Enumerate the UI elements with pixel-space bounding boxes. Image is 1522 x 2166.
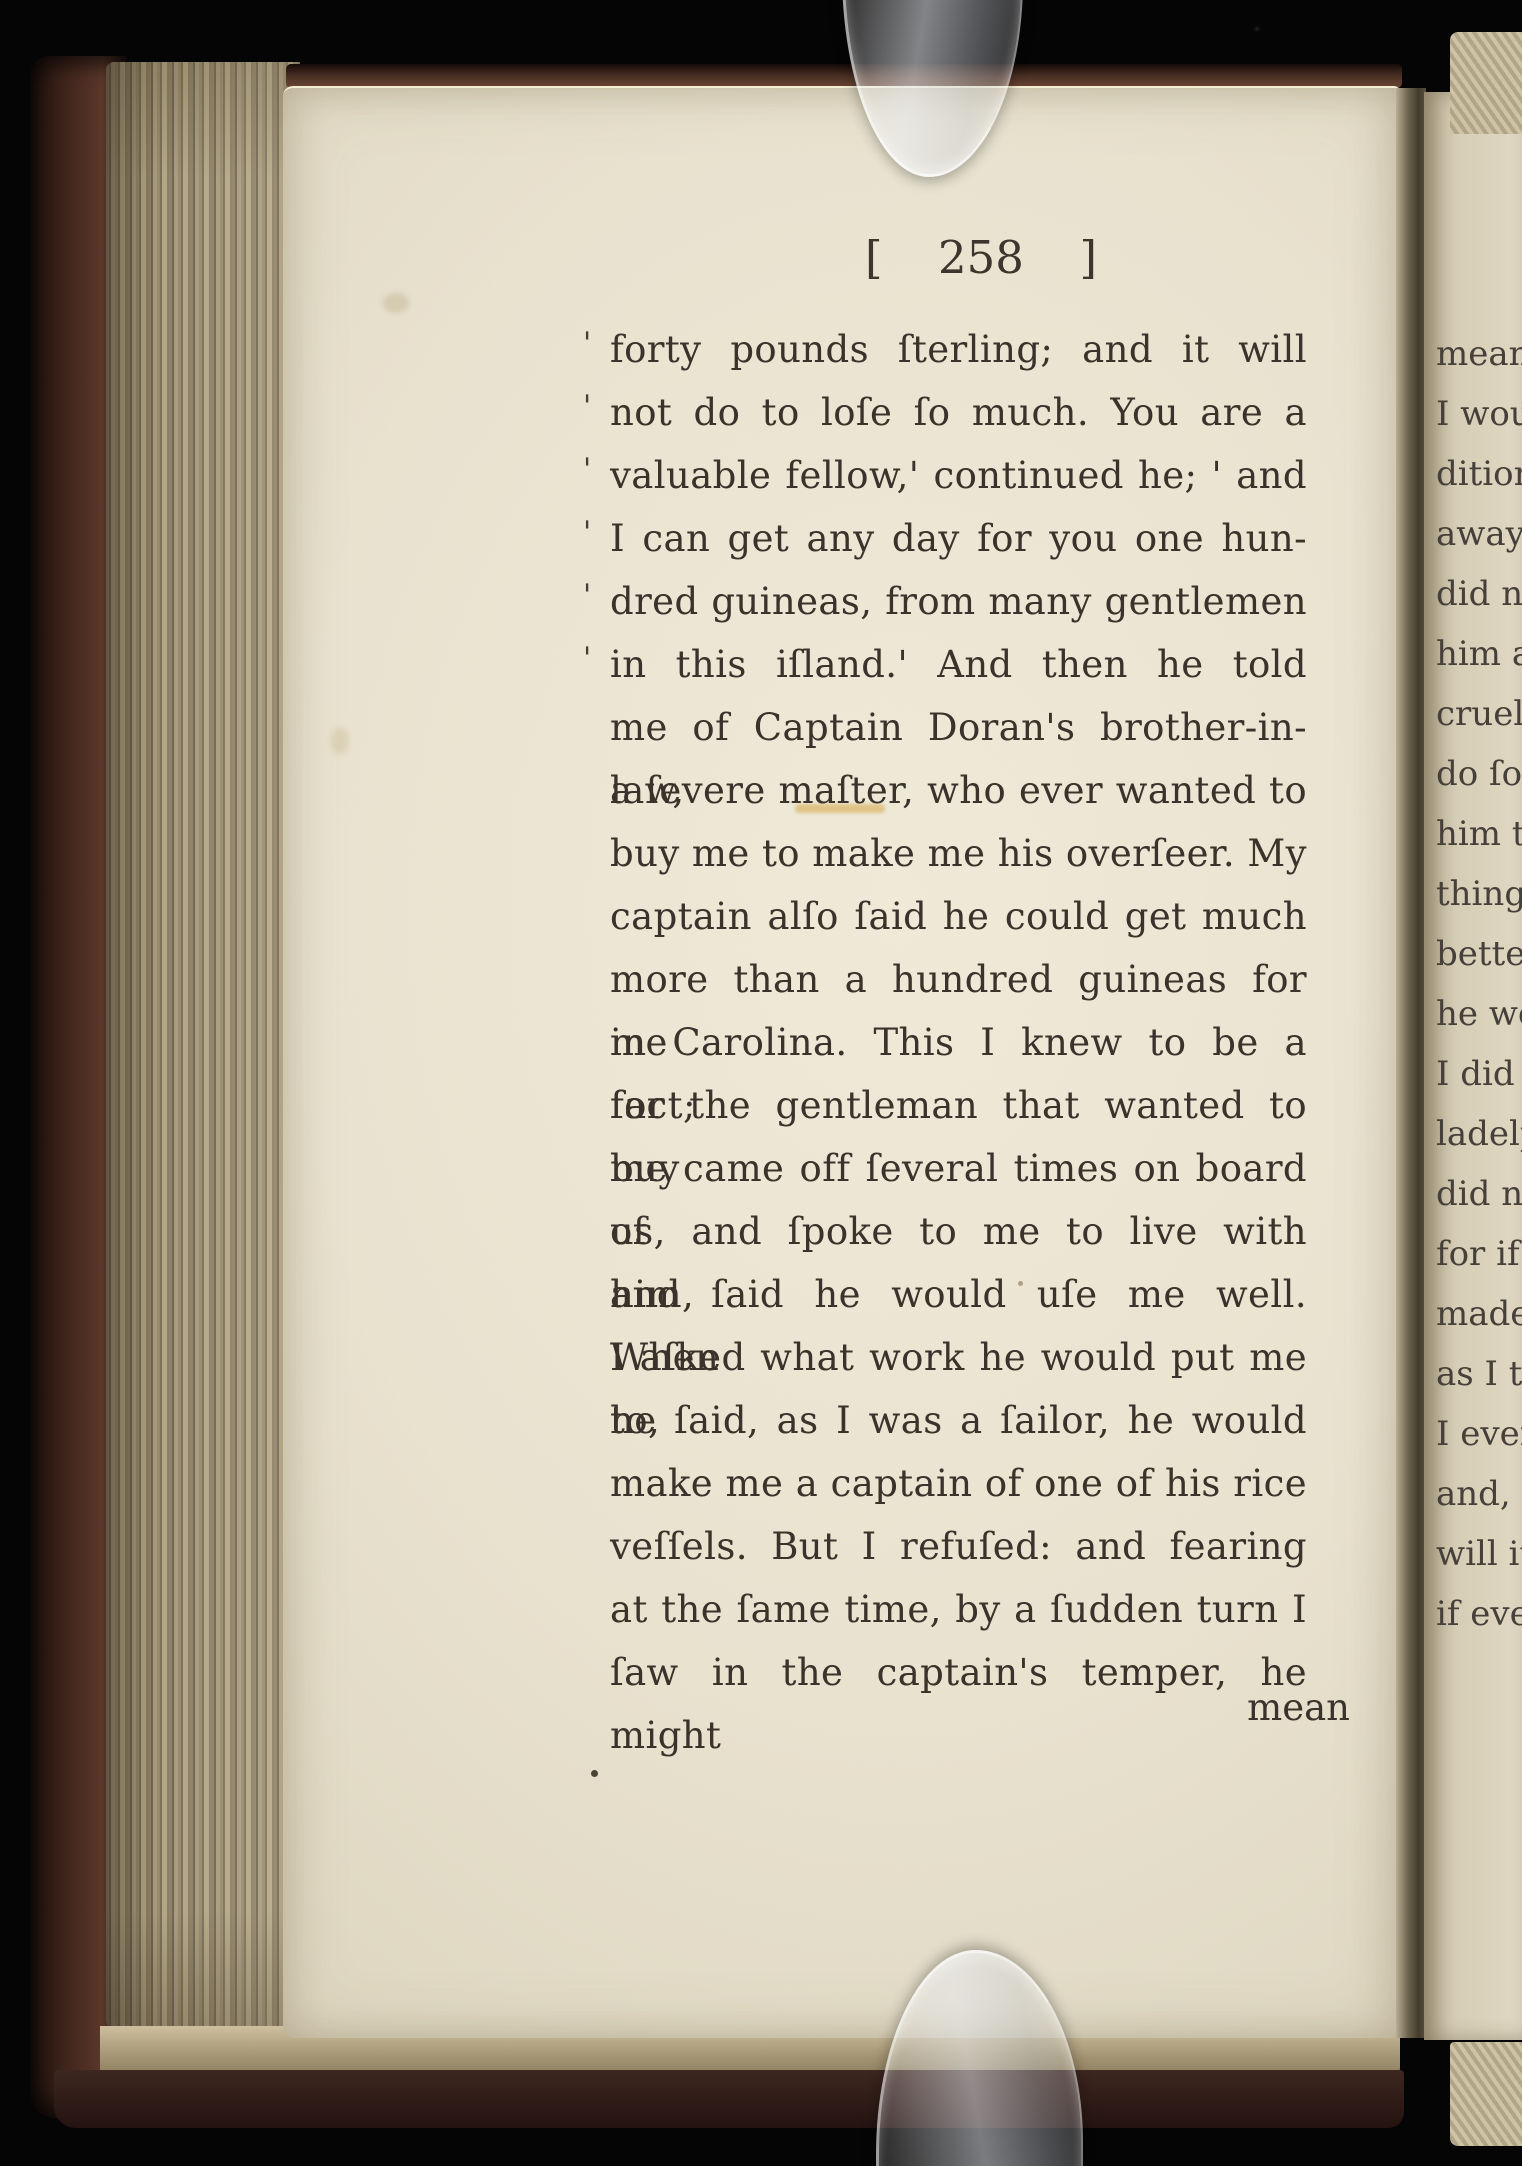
text-line: us, and ſpoke to me to live with him, — [610, 1200, 1307, 1263]
quotation-mark: ' — [583, 627, 592, 690]
line-text: make me a captain of one of his rice — [610, 1462, 1307, 1505]
line-text: a ſevere maſter, who ever wanted to — [610, 769, 1307, 812]
facing-page-line: and, o — [1436, 1464, 1522, 1524]
page-fore-edge-stack — [106, 62, 300, 2028]
text-line: a ſevere maſter, who ever wanted to — [610, 759, 1307, 822]
line-text: veſſels. But I refuſed: and fearing — [610, 1525, 1307, 1568]
line-text: dred guineas, from many gentlemen — [610, 580, 1307, 623]
facing-page-line: will it — [1436, 1524, 1522, 1584]
text-line: ' in this iſland.' And then he told — [610, 633, 1307, 696]
paper-speck — [591, 1770, 598, 1777]
quotation-mark: ' — [583, 564, 592, 627]
paper-stain — [383, 293, 409, 313]
text-line: for the gentleman that wanted to buy — [610, 1074, 1307, 1137]
page-number-header: [ 258 ] — [865, 226, 1097, 288]
gutter-shadow — [1396, 88, 1426, 2038]
line-text: not do to loſe ſo much. You are a — [610, 391, 1307, 434]
line-text: buy me to make me his overſeer. My — [610, 832, 1307, 875]
text-line: ' not do to loſe ſo much. You are a — [610, 381, 1307, 444]
facing-page-line: he went — [1436, 984, 1522, 1044]
book-page: [ 258 ] ' forty pounds ſterling; and it … — [283, 86, 1400, 2038]
facing-page-line: thing o — [1436, 864, 1522, 924]
dust-specks — [0, 0, 2, 2]
binding-cloth-top-right — [1450, 32, 1522, 134]
text-line: he ſaid, as I was a ſailor, he would — [610, 1389, 1307, 1452]
text-line: I aſked what work he would put me to, — [610, 1326, 1307, 1389]
quotation-mark: ' — [583, 375, 592, 438]
line-text: in this iſland.' And then he told — [610, 643, 1307, 686]
facing-page-line: I would — [1436, 384, 1522, 444]
header-open-bracket: [ — [865, 231, 883, 284]
facing-page-line: mean t — [1436, 324, 1522, 384]
facing-page-line: him to — [1436, 804, 1522, 864]
text-line: in Carolina. This I knew to be a fact; — [610, 1011, 1307, 1074]
text-line: at the ſame time, by a ſudden turn I — [610, 1578, 1307, 1641]
text-line: ' dred guineas, from many gentlemen — [610, 570, 1307, 633]
text-line: me of Captain Doran's brother-in-law, — [610, 696, 1307, 759]
line-text: at the ſame time, by a ſudden turn I — [610, 1588, 1307, 1631]
facing-page-line: do ſo. — [1436, 744, 1522, 804]
header-close-bracket: ] — [1079, 231, 1097, 284]
facing-page-line: him aga — [1436, 624, 1522, 684]
facing-page-line: as I tho — [1436, 1344, 1522, 1404]
facing-page-line: away w — [1436, 504, 1522, 564]
quotation-mark: ' — [583, 438, 592, 501]
quotation-mark: ' — [583, 501, 592, 564]
text-line: more than a hundred guineas for me — [610, 948, 1307, 1011]
facing-page-text-fragments: mean t I would dition, a away w did not … — [1436, 324, 1522, 1644]
quotation-mark: ' — [583, 312, 592, 375]
text-line: me came off ſeveral times on board of — [610, 1137, 1307, 1200]
binding-cloth-bottom-right — [1450, 2042, 1522, 2146]
line-text: forty pounds ſterling; and it will — [610, 328, 1307, 371]
text-line: ' I can get any day for you one hun- — [610, 507, 1307, 570]
text-line: make me a captain of one of his rice — [610, 1452, 1307, 1515]
facing-page-line: did not — [1436, 564, 1522, 624]
facing-page-line: ladelphi — [1436, 1104, 1522, 1164]
paper-stain — [331, 728, 349, 754]
top-board-edge — [286, 64, 1402, 88]
line-text: captain alſo ſaid he could get much — [610, 895, 1307, 938]
bottom-leather-cover — [54, 2070, 1404, 2128]
facing-page-line: for if th — [1436, 1224, 1522, 1284]
facing-page-line: dition, a — [1436, 444, 1522, 504]
text-line: veſſels. But I refuſed: and fearing — [610, 1515, 1307, 1578]
facing-page-line: if ever — [1436, 1584, 1522, 1644]
text-line: ' forty pounds ſterling; and it will — [610, 318, 1307, 381]
line-text: valuable fellow,' continued he; ' and — [610, 454, 1307, 497]
catchword: mean — [610, 1686, 1350, 1729]
text-line: captain alſo ſaid he could get much — [610, 885, 1307, 948]
facing-page-line: cruelly — [1436, 684, 1522, 744]
line-text: I can get any day for you one hun- — [610, 517, 1307, 560]
facing-page-line: made ſo — [1436, 1284, 1522, 1344]
text-line: buy me to make me his overſeer. My — [610, 822, 1307, 885]
book-photograph: [ 258 ] ' forty pounds ſterling; and it … — [0, 0, 1522, 2166]
body-text-block: ' forty pounds ſterling; and it will ' n… — [610, 318, 1307, 1704]
text-line: ' valuable fellow,' continued he; ' and — [610, 444, 1307, 507]
facing-page-line: did not — [1436, 1164, 1522, 1224]
facing-page-line: I ever — [1436, 1404, 1522, 1464]
facing-page-edge: mean t I would dition, a away w did not … — [1424, 92, 1522, 2040]
line-text: he ſaid, as I was a ſailor, he would — [610, 1399, 1307, 1442]
facing-page-line: I did no — [1436, 1044, 1522, 1104]
facing-page-line: better — [1436, 924, 1522, 984]
text-line: and ſaid he would uſe me well. When — [610, 1263, 1307, 1326]
page-number: 258 — [938, 231, 1024, 284]
